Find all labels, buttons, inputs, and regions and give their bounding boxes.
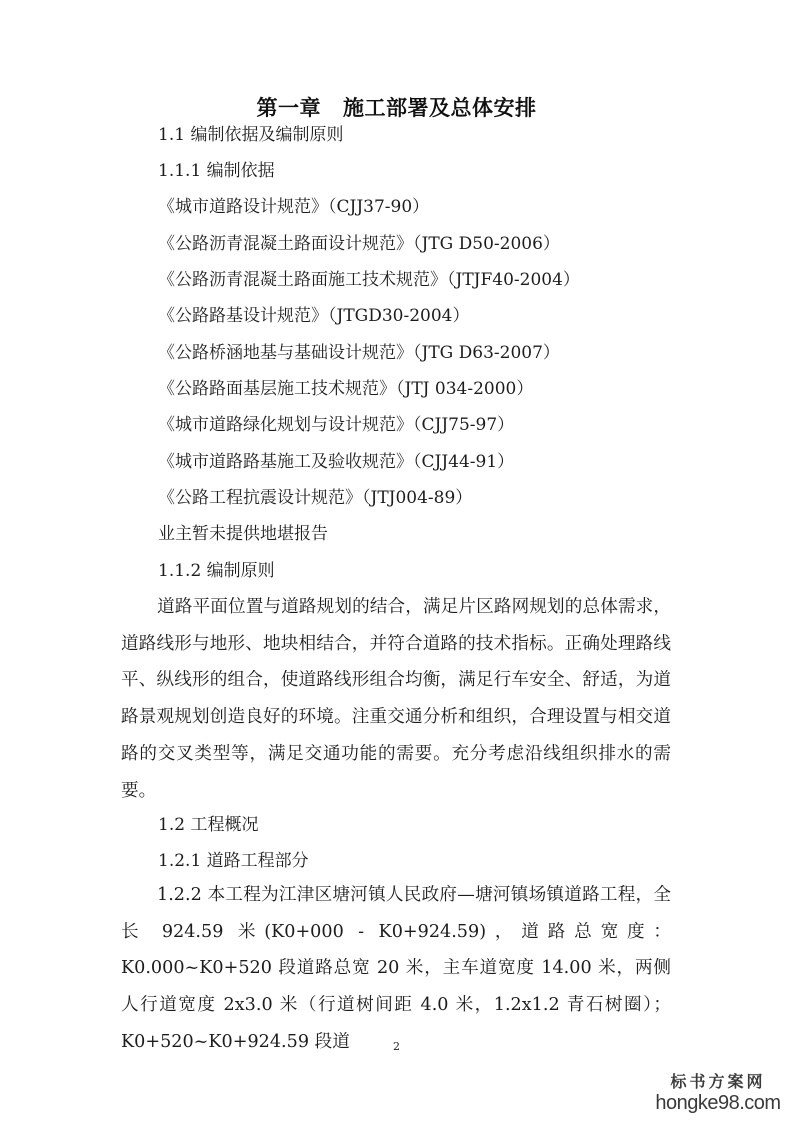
reference-item: 《城市道路绿化规划与设计规范》（CJJ75-97） — [158, 414, 514, 436]
reference-item: 《公路路基设计规范》（JTGD30-2004） — [158, 305, 470, 327]
page-number: 2 — [0, 1040, 793, 1053]
document-page: 第一章施工部署及总体安排 1.1 编制依据及编制原则 1.1.1 编制依据 《城… — [0, 0, 793, 1122]
reference-item: 《公路路面基层施工技术规范》（JTJ 034-2000） — [158, 378, 533, 400]
reference-item: 《城市道路设计规范》（CJJ37-90） — [158, 196, 429, 218]
section-heading-1-1-2: 1.1.2 编制原则 — [158, 560, 275, 582]
chapter-name: 施工部署及总体安排 — [343, 96, 537, 120]
section-heading-1-1: 1.1 编制依据及编制原则 — [158, 124, 343, 146]
watermark-domain: hongke98.com — [648, 1092, 788, 1114]
reference-item: 《城市道路路基施工及验收规范》（CJJ44-91） — [158, 451, 514, 473]
reference-item: 《公路沥青混凝土路面设计规范》（JTG D50-2006） — [158, 233, 560, 255]
principle-text: 道路平面位置与道路规划的结合，满足片区路网规划的总体需求，道路线形与地形、地块相… — [121, 597, 671, 801]
principle-paragraph: 道路平面位置与道路规划的结合，满足片区路网规划的总体需求，道路线形与地形、地块相… — [121, 589, 671, 809]
survey-report-note: 业主暂未提供地堪报告 — [158, 523, 328, 545]
watermark-logo: 标书方案网 hongke98.com — [648, 1072, 788, 1114]
reference-item: 《公路工程抗震设计规范》（JTJ004-89） — [158, 487, 472, 509]
reference-item: 《公路沥青混凝土路面施工技术规范》（JTJF40-2004） — [158, 269, 580, 291]
chapter-number: 第一章 — [257, 96, 322, 120]
reference-item: 《公路桥涵地基与基础设计规范》（JTG D63-2007） — [158, 342, 560, 364]
project-overview-paragraph: 1.2.2 本工程为江津区塘河镇人民政府—塘河镇场镇道路工程，全长 924.59… — [121, 877, 671, 1061]
section-heading-1-2-1: 1.2.1 道路工程部分 — [158, 850, 309, 872]
chapter-title: 第一章施工部署及总体安排 — [0, 92, 793, 122]
section-heading-1-2: 1.2 工程概况 — [158, 814, 258, 836]
project-overview-text: 1.2.2 本工程为江津区塘河镇人民政府—塘河镇场镇道路工程，全长 924.59… — [121, 885, 671, 1052]
watermark-chinese: 标书方案网 — [648, 1072, 788, 1092]
section-heading-1-1-1: 1.1.1 编制依据 — [158, 160, 275, 182]
